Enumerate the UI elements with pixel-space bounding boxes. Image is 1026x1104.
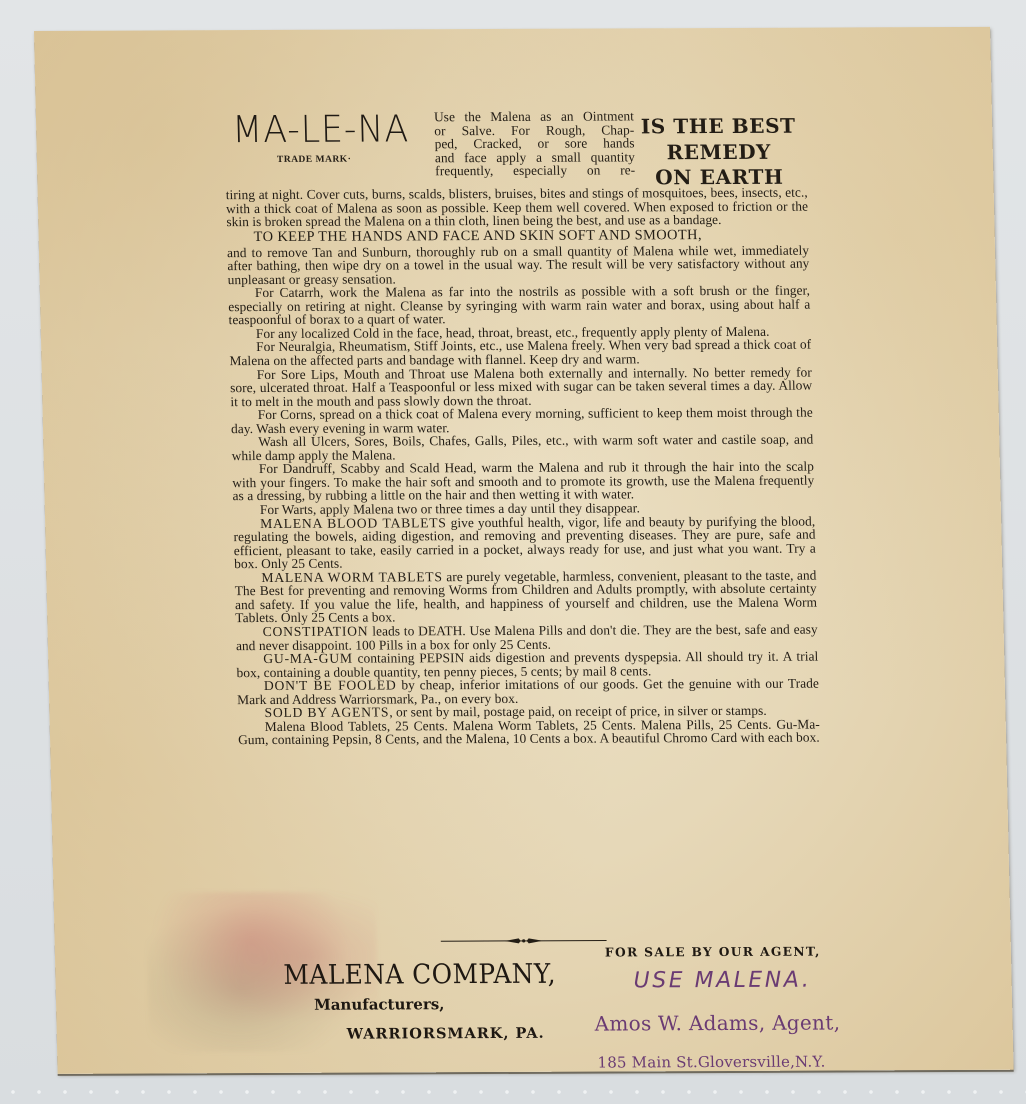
intro-continued: tiring at night. Cover cuts, burns, scal… [226, 186, 809, 229]
malena-logo: MA-LE-NA [232, 109, 410, 150]
stamp-agent-name: Amos W. Adams, Agent, [594, 1010, 840, 1035]
paragraph-text: and to remove Tan and Sunburn, thoroughl… [227, 242, 810, 287]
body-paragraph: DON'T BE FOOLED by cheap, inferior imita… [237, 677, 820, 707]
intro-line: frequently, especially on re- [435, 164, 635, 178]
body-paragraph: For Sore Lips, Mouth and Throat use Male… [230, 365, 813, 408]
trade-card: MA-LE-NA TRADE MARK· Use the Malena as a… [34, 27, 1014, 1074]
body-paragraph: and to remove Tan and Sunburn, thoroughl… [227, 243, 810, 286]
card-text-block: MA-LE-NA TRADE MARK· Use the Malena as a… [224, 104, 821, 747]
stamp-street-address: 185 Main St.Gloversville,N.Y. [597, 1053, 825, 1072]
for-sale-label: FOR SALE BY OUR AGENT, [605, 945, 821, 960]
body-paragraph: For Corns, spread on a thick coat of Mal… [231, 406, 814, 436]
manufacturers-label: Manufacturers, [314, 995, 445, 1014]
paragraph-text: For Sore Lips, Mouth and Throat use Male… [230, 364, 812, 409]
intro-column: Use the Malena as an Ointment or Salve. … [434, 109, 636, 178]
card-header: MA-LE-NA TRADE MARK· Use the Malena as a… [224, 104, 808, 189]
paragraph-list: and to remove Tan and Sunburn, thoroughl… [227, 243, 820, 747]
company-name: MALENA COMPANY, [283, 959, 556, 991]
body-paragraph: Malena Blood Tablets, 25 Cents. Malena W… [238, 717, 821, 747]
card-body: tiring at night. Cover cuts, burns, scal… [226, 186, 821, 747]
body-paragraph: MALENA WORM TABLETS are purely vegetable… [234, 568, 817, 625]
paragraph-text: Wash all Ulcers, Sores, Boils, Chafes, G… [231, 432, 813, 463]
trademark-label: TRADE MARK· [277, 154, 352, 168]
sleeve-edge-pattern [0, 1088, 1026, 1096]
body-paragraph: MALENA BLOOD TABLETS give youthful healt… [233, 514, 816, 571]
company-address: WARRIORSMARK, PA. [347, 1025, 545, 1043]
body-paragraph: For Neuralgia, Rheumatism, Stiff Joints,… [229, 338, 812, 368]
ornament-divider-icon [441, 937, 607, 946]
paragraph-text: For Dandruff, Scabby and Scald Head, war… [232, 459, 814, 504]
body-paragraph: GU-MA-GUM containing PEPSIN aids digesti… [236, 650, 819, 680]
body-paragraph: For Dandruff, Scabby and Scald Head, war… [232, 460, 815, 503]
headline-line: IS THE BEST [638, 114, 799, 140]
headline: IS THE BEST REMEDY ON EARTH [638, 114, 800, 191]
paragraph-text: For Corns, spread on a thick coat of Mal… [231, 405, 813, 436]
stamp-slogan: USE MALENA. [633, 968, 811, 994]
body-paragraph: For Catarrh, work the Malena as far into… [228, 284, 811, 327]
paragraph-text: Malena Blood Tablets, 25 Cents. Malena W… [238, 716, 820, 747]
paragraph-text: For Neuralgia, Rheumatism, Stiff Joints,… [229, 337, 811, 368]
paragraph-text: For Catarrh, work the Malena as far into… [228, 283, 810, 328]
body-paragraph: CONSTIPATION leads to DEATH. Use Malena … [235, 623, 818, 653]
body-paragraph: Wash all Ulcers, Sores, Boils, Chafes, G… [231, 433, 814, 463]
headline-line: REMEDY [639, 139, 800, 165]
